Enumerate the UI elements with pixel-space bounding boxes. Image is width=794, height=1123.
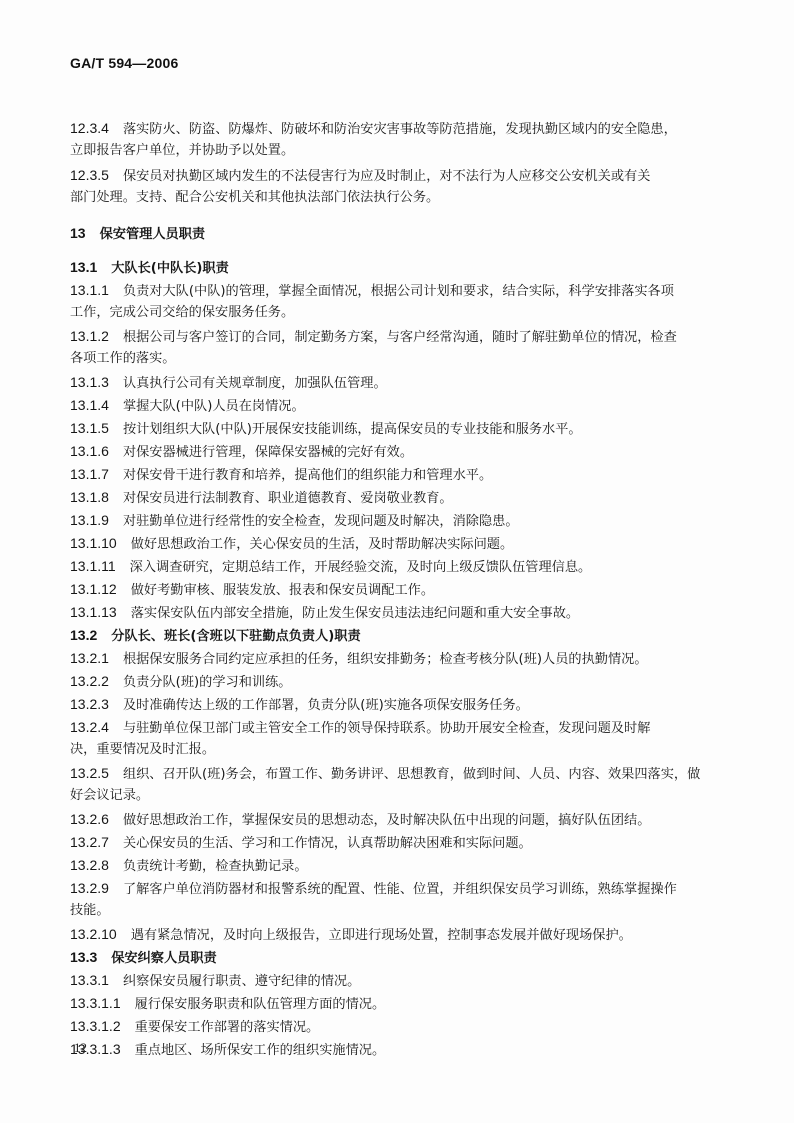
- clause-line: 13.2.10遇有紧急情况，及时向上级报告，立即进行现场处置，控制事态发展并做好…: [70, 926, 632, 944]
- clause-number: 12.3.4: [70, 120, 109, 136]
- clause-line: 13.2.5组织、召开队(班)务会，布置工作、勤务讲评、思想教育，做到时间、人员…: [70, 765, 700, 783]
- clause-line: 13.1.9对驻勤单位进行经常性的安全检查，发现问题及时解决，消除隐患。: [70, 512, 519, 530]
- clause-text: 重点地区、场所保安工作的组织实施情况。: [135, 1043, 386, 1058]
- clause-line: 13.3.1纠察保安员履行职责、遵守纪律的情况。: [70, 972, 360, 990]
- clause-number: 13.1.11: [70, 558, 116, 574]
- clause-text: 重要保安工作部署的落实情况。: [135, 1020, 320, 1035]
- clause-text: 遇有紧急情况，及时向上级报告，立即进行现场处置，控制事态发展并做好现场保护。: [131, 928, 632, 943]
- clause-line: 13.1.2根据公司与客户签订的合同，制定勤务方案，与客户经常沟通，随时了解驻勤…: [70, 328, 677, 346]
- clause-number: 13.2.2: [70, 673, 109, 689]
- clause-text: 认真执行公司有关规章制度，加强队伍管理。: [123, 376, 387, 391]
- clause-number: 13.3: [70, 949, 97, 965]
- clause-text: 对保安员进行法制教育、职业道德教育、爱岗敬业教育。: [123, 491, 453, 506]
- clause-text: 负责分队(班)的学习和训练。: [123, 675, 292, 690]
- clause-continuation-line: 工作，完成公司交给的保安服务任务。: [70, 305, 294, 321]
- clause-line: 13.2分队长、班长(含班以下驻勤点负责人)职责: [70, 627, 361, 645]
- clause-line: 13.2.2负责分队(班)的学习和训练。: [70, 673, 291, 691]
- clause-text: 履行保安服务职责和队伍管理方面的情况。: [135, 997, 386, 1012]
- clause-line: 13.2.7关心保安员的生活、学习和工作情况，认真帮助解决困难和实际问题。: [70, 834, 532, 852]
- clause-continuation-line: 技能。: [70, 903, 110, 919]
- clause-continuation-line: 部门处理。支持、配合公安机关和其他执法部门依法执行公务。: [70, 190, 439, 206]
- clause-continuation-line: 各项工作的落实。: [70, 351, 176, 367]
- clause-number: 13.1.6: [70, 443, 109, 459]
- clause-text: 各项工作的落实。: [70, 351, 176, 366]
- clause-text: 大队长(中队长)职责: [111, 261, 229, 276]
- clause-text: 做好考勤审核、服装发放、报表和保安员调配工作。: [131, 583, 434, 598]
- clause-text: 了解客户单位消防器材和报警系统的配置、性能、位置，并组织保安员学习训练，熟练掌握…: [123, 882, 677, 897]
- clause-line: 13.1.1负责对大队(中队)的管理，掌握全面情况，根据公司计划和要求，结合实际…: [70, 282, 674, 300]
- clause-number: 13.2.4: [70, 719, 109, 735]
- clause-number: 13.1.5: [70, 420, 109, 436]
- clause-line: 13.1.11深入调查研究，定期总结工作，开展经验交流，及时向上级反馈队伍管理信…: [70, 558, 591, 576]
- clause-line: 13.2.6做好思想政治工作，掌握保安员的思想动态，及时解决队伍中出现的问题，搞…: [70, 811, 650, 829]
- clause-line: 13保安管理人员职责: [70, 225, 205, 243]
- clause-number: 13.2.5: [70, 765, 109, 781]
- clause-line: 13.2.8负责统计考勤，检查执勤记录。: [70, 857, 308, 875]
- clause-text: 部门处理。支持、配合公安机关和其他执法部门依法执行公务。: [70, 190, 439, 205]
- clause-text: 组织、召开队(班)务会，布置工作、勤务讲评、思想教育，做到时间、人员、内容、效果…: [123, 767, 700, 782]
- clause-continuation-line: 决，重要情况及时汇报。: [70, 742, 215, 758]
- clause-number: 13.2: [70, 627, 97, 643]
- clause-text: 与驻勤单位保卫部门或主管安全工作的领导保持联系。协助开展安全检查，发现问题及时解: [123, 721, 651, 736]
- clause-text: 负责对大队(中队)的管理，掌握全面情况，根据公司计划和要求，结合实际，科学安排落…: [123, 284, 674, 299]
- clause-text: 技能。: [70, 903, 110, 918]
- clause-line: 13.3.1.2重要保安工作部署的落实情况。: [70, 1018, 319, 1036]
- clause-line: 13.1.7对保安骨干进行教育和培养，提高他们的组织能力和管理水平。: [70, 466, 492, 484]
- clause-text: 工作，完成公司交给的保安服务任务。: [70, 305, 294, 320]
- clause-number: 13.1.3: [70, 374, 109, 390]
- clause-text: 好会议记录。: [70, 788, 149, 803]
- clause-text: 对保安骨干进行教育和培养，提高他们的组织能力和管理水平。: [123, 468, 492, 483]
- clause-line: 13.2.1根据保安服务合同约定应承担的任务，组织安排勤务；检查考核分队(班)人…: [70, 650, 648, 668]
- clause-text: 纠察保安员履行职责、遵守纪律的情况。: [123, 974, 360, 989]
- clause-continuation-line: 立即报告客户单位，并协助予以处置。: [70, 143, 294, 159]
- clause-number: 13.2.9: [70, 880, 109, 896]
- clause-text: 根据保安服务合同约定应承担的任务，组织安排勤务；检查考核分队(班)人员的执勤情况…: [123, 652, 648, 667]
- clause-line: 13.1.5按计划组织大队(中队)开展保安技能训练，提高保安员的专业技能和服务水…: [70, 420, 582, 438]
- clause-line: 12.3.4落实防火、防盗、防爆炸、防破坏和防治安灾害事故等防范措施，发现执勤区…: [70, 120, 677, 138]
- clause-text: 掌握大队(中队)人员在岗情况。: [123, 399, 305, 414]
- clause-number: 13.2.3: [70, 696, 109, 712]
- clause-number: 13.2.10: [70, 926, 117, 942]
- clause-continuation-line: 好会议记录。: [70, 788, 149, 804]
- clause-text: 负责统计考勤，检查执勤记录。: [123, 859, 308, 874]
- clause-text: 做好思想政治工作，掌握保安员的思想动态，及时解决队伍中出现的问题，搞好队伍团结。: [123, 813, 651, 828]
- clause-number: 13.1.2: [70, 328, 109, 344]
- clause-number: 13.1.13: [70, 604, 117, 620]
- document-page: GA/T 594—2006 12.3.4落实防火、防盗、防爆炸、防破坏和防治安灾…: [0, 0, 794, 1123]
- clause-line: 12.3.5保安员对执勤区域内发生的不法侵害行为应及时制止，对不法行为人应移交公…: [70, 167, 650, 185]
- clause-text: 保安员对执勤区域内发生的不法侵害行为应及时制止，对不法行为人应移交公安机关或有关: [123, 169, 651, 184]
- clause-number: 13.2.8: [70, 857, 109, 873]
- clause-number: 13.1.8: [70, 489, 109, 505]
- clause-text: 关心保安员的生活、学习和工作情况，认真帮助解决困难和实际问题。: [123, 836, 532, 851]
- clause-number: 13.1.10: [70, 535, 117, 551]
- clause-line: 13.3.1.3重点地区、场所保安工作的组织实施情况。: [70, 1041, 385, 1059]
- clause-text: 按计划组织大队(中队)开展保安技能训练，提高保安员的专业技能和服务水平。: [123, 422, 582, 437]
- clause-line: 13.1.13落实保安队伍内部安全措施，防止发生保安员违法违纪问题和重大安全事故…: [70, 604, 579, 622]
- clause-text: 对保安器械进行管理，保障保安器械的完好有效。: [123, 445, 413, 460]
- document-code-header: GA/T 594—2006: [70, 55, 178, 71]
- clause-number: 13.1: [70, 259, 97, 275]
- clause-number: 13: [70, 225, 86, 241]
- clause-text: 保安管理人员职责: [100, 227, 206, 242]
- clause-text: 及时准确传达上级的工作部署，负责分队(班)实施各项保安服务任务。: [123, 698, 529, 713]
- clause-number: 13.1.1: [70, 282, 109, 298]
- clause-line: 13.1.6对保安器械进行管理，保障保安器械的完好有效。: [70, 443, 413, 461]
- clause-text: 保安纠察人员职责: [111, 951, 217, 966]
- clause-text: 做好思想政治工作，关心保安员的生活，及时帮助解决实际问题。: [131, 537, 513, 552]
- clause-line: 13.1.4掌握大队(中队)人员在岗情况。: [70, 397, 305, 415]
- clause-text: 落实保安队伍内部安全措施，防止发生保安员违法违纪问题和重大安全事故。: [131, 606, 579, 621]
- clause-number: 13.2.6: [70, 811, 109, 827]
- clause-text: 深入调查研究，定期总结工作，开展经验交流，及时向上级反馈队伍管理信息。: [130, 560, 592, 575]
- clause-number: 13.3.1.1: [70, 995, 121, 1011]
- clause-text: 落实防火、防盗、防爆炸、防破坏和防治安灾害事故等防范措施，发现执勤区域内的安全隐…: [123, 122, 677, 137]
- clause-number: 13.1.12: [70, 581, 117, 597]
- clause-text: 立即报告客户单位，并协助予以处置。: [70, 143, 294, 158]
- clause-text: 对驻勤单位进行经常性的安全检查，发现问题及时解决，消除隐患。: [123, 514, 519, 529]
- clause-text: 分队长、班长(含班以下驻勤点负责人)职责: [111, 629, 360, 644]
- clause-line: 13.2.9了解客户单位消防器材和报警系统的配置、性能、位置，并组织保安员学习训…: [70, 880, 677, 898]
- clause-line: 13.1.3认真执行公司有关规章制度，加强队伍管理。: [70, 374, 387, 392]
- clause-text: 决，重要情况及时汇报。: [70, 742, 215, 757]
- page-number: 12: [74, 1040, 87, 1056]
- clause-line: 13.1.8对保安员进行法制教育、职业道德教育、爱岗敬业教育。: [70, 489, 453, 507]
- clause-line: 13.3保安纠察人员职责: [70, 949, 217, 967]
- clause-line: 13.3.1.1履行保安服务职责和队伍管理方面的情况。: [70, 995, 385, 1013]
- clause-number: 12.3.5: [70, 167, 109, 183]
- clause-number: 13.2.7: [70, 834, 109, 850]
- clause-number: 13.1.7: [70, 466, 109, 482]
- clause-line: 13.1.10做好思想政治工作，关心保安员的生活，及时帮助解决实际问题。: [70, 535, 513, 553]
- clause-number: 13.2.1: [70, 650, 109, 666]
- clause-line: 13.2.4与驻勤单位保卫部门或主管安全工作的领导保持联系。协助开展安全检查，发…: [70, 719, 650, 737]
- clause-line: 13.1.12做好考勤审核、服装发放、报表和保安员调配工作。: [70, 581, 434, 599]
- clause-number: 13.1.4: [70, 397, 109, 413]
- clause-text: 根据公司与客户签订的合同，制定勤务方案，与客户经常沟通，随时了解驻勤单位的情况，…: [123, 330, 677, 345]
- clause-number: 13.3.1.2: [70, 1018, 121, 1034]
- clause-line: 13.2.3及时准确传达上级的工作部署，负责分队(班)实施各项保安服务任务。: [70, 696, 529, 714]
- clause-number: 13.3.1: [70, 972, 109, 988]
- clause-line: 13.1大队长(中队长)职责: [70, 259, 229, 277]
- clause-number: 13.1.9: [70, 512, 109, 528]
